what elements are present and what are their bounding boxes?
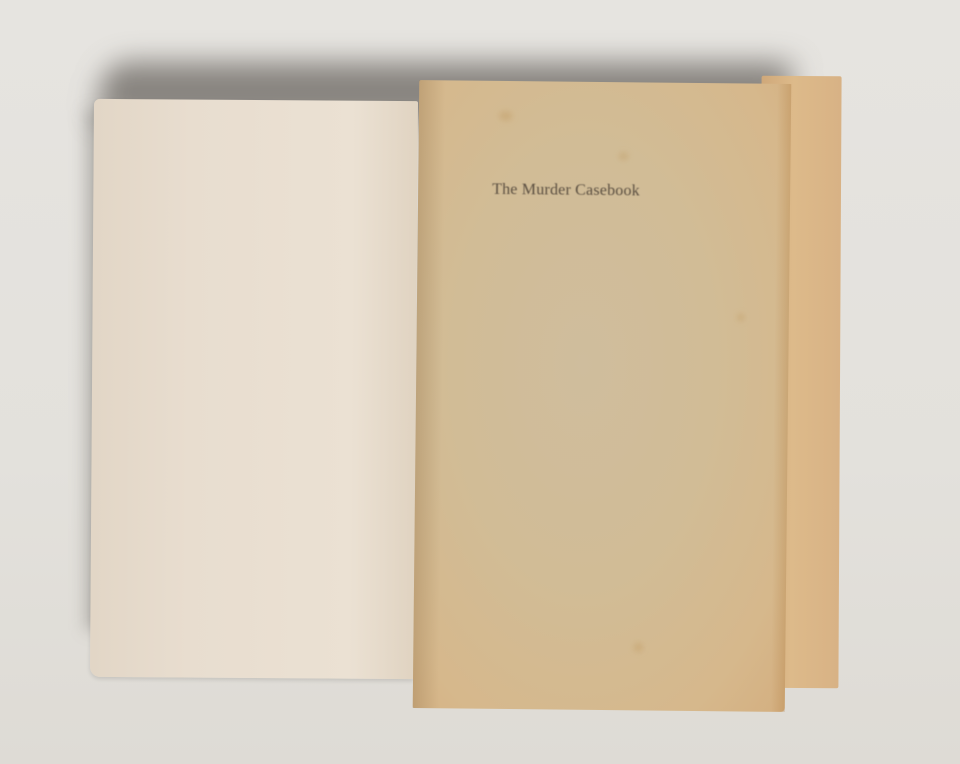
- foxing-spot: [499, 111, 513, 121]
- foxing-spot: [633, 642, 643, 652]
- book-title: The Murder Casebook: [492, 181, 640, 201]
- foxing-spot: [618, 152, 628, 160]
- foxing-spot: [737, 313, 745, 321]
- left-page: [90, 99, 418, 679]
- right-page: The Murder Casebook: [413, 80, 792, 712]
- page-gutter: [413, 80, 446, 708]
